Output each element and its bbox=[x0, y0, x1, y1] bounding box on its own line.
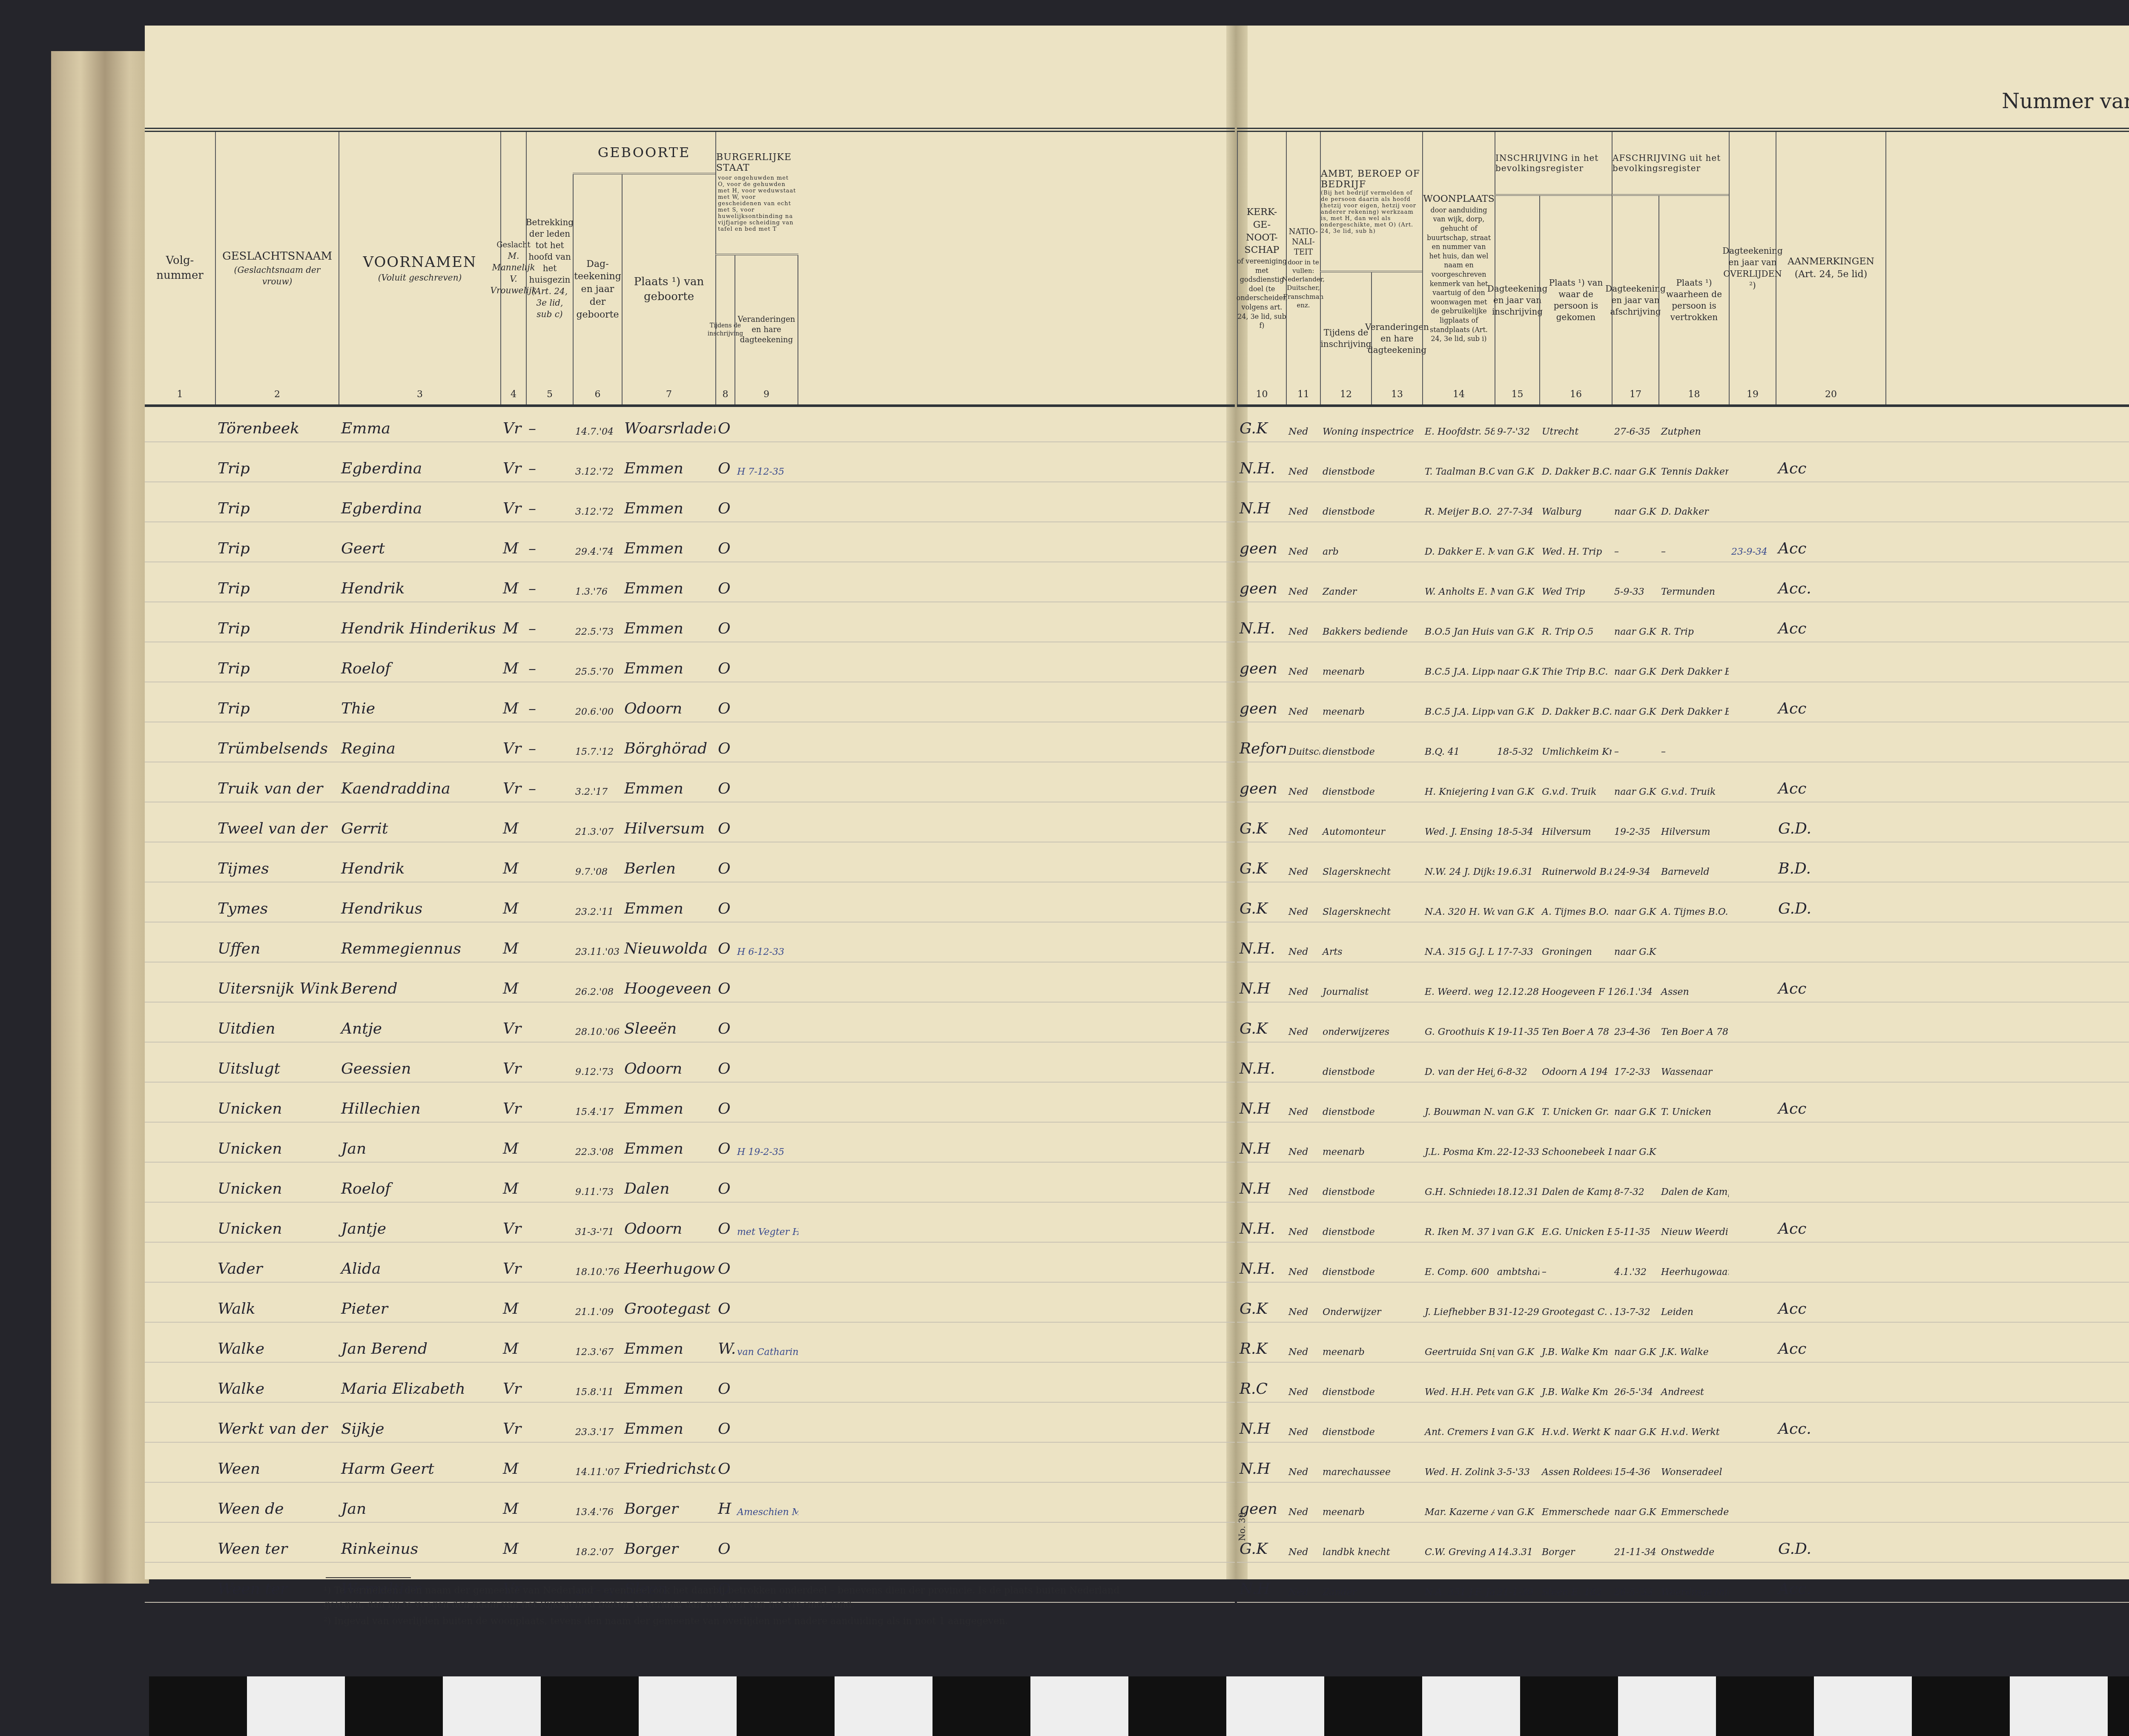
cell-note: B.D. bbox=[1776, 842, 1886, 882]
cell-occ: Slagersknecht bbox=[1320, 882, 1422, 922]
cell-place: Dalen bbox=[622, 1163, 715, 1202]
cell-place: Woarsrladen bbox=[622, 402, 715, 441]
cell-in-date: van G.K bbox=[1495, 1403, 1539, 1442]
footnote-rule bbox=[326, 1577, 411, 1578]
cell-given: Roelof bbox=[339, 1163, 500, 1202]
cell-civ: O bbox=[715, 1083, 735, 1122]
cell-civ: O bbox=[715, 1243, 735, 1282]
cell-death bbox=[1729, 402, 1776, 441]
cell-out-to: Barneveld bbox=[1658, 842, 1729, 882]
cell-rel bbox=[526, 1123, 573, 1162]
page-stack-edge bbox=[51, 51, 149, 1584]
cell-in-date: 22-12-33 bbox=[1495, 1123, 1539, 1162]
cell-civ-change bbox=[735, 602, 798, 642]
cell-church: N.H. bbox=[1237, 922, 1286, 962]
cell-born: 9.12.'73 bbox=[573, 1043, 622, 1082]
cell-surname: Törenbeek bbox=[215, 402, 339, 441]
cell-out-date: 17-2-33 bbox=[1612, 1043, 1658, 1082]
cell-given: Hendrik Hinderikus bbox=[339, 602, 500, 642]
header-afschrijving-plaats: Plaats ¹) waarheen de persoon is vertrok… bbox=[1658, 196, 1729, 404]
cell-civ: O bbox=[715, 922, 735, 962]
cell-given: Alida bbox=[339, 1243, 500, 1282]
cell-church: N.H bbox=[1237, 1123, 1286, 1162]
header-group-geboorte: GEBOORTE bbox=[573, 132, 715, 175]
cell-rel: – bbox=[526, 642, 573, 682]
footnote-1: ¹) Te vermelden: den naam der gemeente v… bbox=[324, 1584, 1133, 1612]
table-row: N.H.NeddienstbodeE. Comp. 600ambtshalve–… bbox=[1237, 1243, 2129, 1283]
cell-occ: dienstbode bbox=[1320, 1403, 1422, 1442]
cell-out-to: – bbox=[1658, 722, 1729, 762]
cell-death bbox=[1729, 963, 1776, 1002]
cell-born: 13.4.'76 bbox=[573, 1483, 622, 1522]
cell-civ: O bbox=[715, 1403, 735, 1442]
cell-born: 3.2.'17 bbox=[573, 762, 622, 802]
cell-in-date: 12.12.28 bbox=[1495, 963, 1539, 1002]
cell-given: Geessien bbox=[339, 1043, 500, 1082]
cell-in-date: 19.6.31 bbox=[1495, 842, 1539, 882]
cell-place: Emmen bbox=[622, 882, 715, 922]
cell-out-date: naar G.K bbox=[1612, 602, 1658, 642]
cell-death bbox=[1729, 682, 1776, 722]
cell-in-date: van G.K bbox=[1495, 602, 1539, 642]
cell-church: geen bbox=[1237, 562, 1286, 602]
cell-surname: Ween ter bbox=[215, 1563, 339, 1602]
header-ambt-tijdens: Tijdens de inschrijving12 bbox=[1320, 272, 1371, 404]
cell-surname: Uffen bbox=[215, 922, 339, 962]
cell-church: G.K bbox=[1237, 402, 1286, 441]
cell-sex: M bbox=[500, 642, 526, 682]
cell-in-date: van G.K bbox=[1495, 882, 1539, 922]
cell-death bbox=[1729, 802, 1776, 842]
cell-rel bbox=[526, 802, 573, 842]
table-row: TripThieM–20.6.'00OdoornO bbox=[145, 682, 1235, 722]
cell-born: 29.4.'74 bbox=[573, 522, 622, 561]
cell-place: Borger bbox=[622, 1523, 715, 1562]
cell-place: Emmen bbox=[622, 1403, 715, 1442]
cell-rel bbox=[526, 1163, 573, 1202]
cell-rel bbox=[526, 1523, 573, 1562]
cell-in-date: 18-5-32 bbox=[1495, 722, 1539, 762]
table-row: TripEgberdinaVr–3.12.'72EmmenOH 7-12-35 bbox=[145, 442, 1235, 482]
cell-out-date: 27-6-35 bbox=[1612, 402, 1658, 441]
cell-civ-change bbox=[735, 522, 798, 561]
cell-note bbox=[1776, 642, 1886, 682]
cell-out-date: naar G.K bbox=[1612, 1323, 1658, 1362]
cell-out-to: Wassenaar bbox=[1658, 1043, 1729, 1082]
cell-in-date: van G.K bbox=[1495, 562, 1539, 602]
cell-civ-change bbox=[735, 1043, 798, 1082]
cell-surname: Trip bbox=[215, 682, 339, 722]
cell-out-to: G.v.d. Truik bbox=[1658, 762, 1729, 802]
table-row: R.KNedmeenarbGeertruida Snijder Km. 190v… bbox=[1237, 1323, 2129, 1363]
table-row: N.HNeddienstbodeJ. Bouwman N.A. 334van G… bbox=[1237, 1083, 2129, 1123]
cell-sex: Vr bbox=[500, 1363, 526, 1402]
cell-out-to: Ten Boer A 78 bbox=[1658, 1003, 1729, 1042]
cell-occ: Arts bbox=[1320, 922, 1422, 962]
cell-out-date: naar G.K bbox=[1612, 642, 1658, 682]
cell-civ-change: H 19-2-35 bbox=[735, 1123, 798, 1162]
cell-occ: dienstbode bbox=[1320, 442, 1422, 481]
cell-in-date: 14.3.31 bbox=[1495, 1523, 1539, 1562]
cell-in-from: Emmerschede Vries bbox=[1539, 1483, 1612, 1522]
cell-sex: Vr bbox=[500, 1083, 526, 1122]
cell-sex: M bbox=[500, 602, 526, 642]
cell-civ-change bbox=[735, 1363, 798, 1402]
cell-church: G.K bbox=[1237, 1003, 1286, 1042]
cell-rel bbox=[526, 842, 573, 882]
cell-note: G.D. bbox=[1776, 1523, 1886, 1562]
cell-out-to: Derk Dakker B.C. 105 bbox=[1658, 682, 1729, 722]
table-row: UitdienAntjeVr28.10.'06SleeënO bbox=[145, 1003, 1235, 1043]
cell-note: Acc bbox=[1776, 963, 1886, 1002]
cell-civ: O bbox=[715, 1043, 735, 1082]
cell-rel: – bbox=[526, 482, 573, 521]
cell-surname: Unicken bbox=[215, 1123, 339, 1162]
cell-surname: Trip bbox=[215, 482, 339, 521]
table-row: Ween terRinkeinusM18.2.'07BorgerO bbox=[145, 1523, 1235, 1563]
cell-death bbox=[1729, 1523, 1776, 1562]
right-header: KERK-GE-NOOT-SCHAPof vereeniging met god… bbox=[1237, 128, 2129, 407]
cell-address: B.C.5 J.A. Lippold bbox=[1422, 682, 1495, 722]
cell-church: N.H bbox=[1237, 482, 1286, 521]
cell-out-to: Derk Dakker B.C. 105 bbox=[1658, 642, 1729, 682]
cell-sex: Vr bbox=[500, 1243, 526, 1282]
cell-out-date: naar G.K bbox=[1612, 482, 1658, 521]
cell-out-date: 5-11-35 bbox=[1612, 1203, 1658, 1242]
cell-place: Emmen bbox=[622, 602, 715, 642]
cell-church: G.K bbox=[1237, 842, 1286, 882]
cell-sex: M bbox=[500, 1523, 526, 1562]
cell-nat: Ned bbox=[1286, 1563, 1320, 1602]
cell-rel bbox=[526, 1243, 573, 1282]
cell-nat: Ned bbox=[1286, 1243, 1320, 1282]
cell-surname: Tweel van der bbox=[215, 802, 339, 842]
cell-in-date: van G.K bbox=[1495, 762, 1539, 802]
cell-out-date: naar G.K bbox=[1612, 882, 1658, 922]
cell-sex: Vr bbox=[500, 1203, 526, 1242]
cell-place: Nieuwolda bbox=[622, 922, 715, 962]
cell-sex: M bbox=[500, 802, 526, 842]
cell-church: Reformiert bbox=[1237, 722, 1286, 762]
table-row: geenNedmeenarbMar. Kazerne A.H. 112van G… bbox=[1237, 1483, 2129, 1523]
cell-civ: O bbox=[715, 802, 735, 842]
cell-surname: Unicken bbox=[215, 1203, 339, 1242]
cell-out-date: 4.1.'32 bbox=[1612, 1243, 1658, 1282]
cell-given: Thie bbox=[339, 682, 500, 722]
cell-in-from: R. Trip O.5 bbox=[1539, 602, 1612, 642]
cell-occ: landbk knecht bbox=[1320, 1523, 1422, 1562]
header-ambt-veranderingen: Veranderingen en hare dagteekening13 bbox=[1371, 272, 1422, 404]
cell-surname: Tijmes bbox=[215, 842, 339, 882]
cell-civ-change bbox=[735, 963, 798, 1002]
cell-occ: dienstbode bbox=[1320, 762, 1422, 802]
cell-civ-change bbox=[735, 722, 798, 762]
cell-civ-change bbox=[735, 762, 798, 802]
cell-place: Emmen bbox=[622, 562, 715, 602]
cell-surname: Walk bbox=[215, 1283, 339, 1322]
cell-civ: O bbox=[715, 1203, 735, 1242]
cell-in-date: 31-12-29 bbox=[1495, 1283, 1539, 1322]
cell-civ: O bbox=[715, 722, 735, 762]
cell-nat: Ned bbox=[1286, 1323, 1320, 1362]
cell-sex: M bbox=[500, 682, 526, 722]
cell-in-from: Dalen de Kamp 18 bbox=[1539, 1163, 1612, 1202]
cell-born: 14.11.'07 bbox=[573, 1443, 622, 1482]
cell-out-date: 26-5-'34 bbox=[1612, 1363, 1658, 1402]
cell-address: E. Comp. 600 bbox=[1422, 1243, 1495, 1282]
cell-out-to: Emmerschede Vries bbox=[1658, 1483, 1729, 1522]
cell-civ-change bbox=[735, 1403, 798, 1442]
cell-place: Emmen bbox=[622, 1363, 715, 1402]
cell-surname: Uitdien bbox=[215, 1003, 339, 1042]
cell-note bbox=[1776, 1163, 1886, 1202]
cell-born: 9.7.'08 bbox=[573, 842, 622, 882]
cell-note bbox=[1776, 482, 1886, 521]
cell-out-to: T. Unicken bbox=[1658, 1083, 1729, 1122]
cell-nat: Ned bbox=[1286, 1523, 1320, 1562]
cell-surname: Unicken bbox=[215, 1083, 339, 1122]
cell-in-from: Schoonebeek D.21 bbox=[1539, 1123, 1612, 1162]
header-group-burgerlijke-staat: BURGERLIJKE STAATvoor ongehuwden met O, … bbox=[715, 132, 798, 255]
cell-occ: dienstbode bbox=[1320, 1163, 1422, 1202]
cell-sex: Vr bbox=[500, 1043, 526, 1082]
cell-born: 28.10.'06 bbox=[573, 1003, 622, 1042]
cell-place: Emmen bbox=[622, 1323, 715, 1362]
table-row: WalkPieterM21.1.'09GrootegastO bbox=[145, 1283, 1235, 1323]
header-geboorte-plaats: Plaats ¹) van geboorte7 bbox=[622, 175, 715, 404]
cell-born: 3.12.'72 bbox=[573, 482, 622, 521]
cell-given: Egberdina bbox=[339, 442, 500, 481]
header-bs-veranderingen: Veranderingen en hare dagteekening9 bbox=[735, 255, 798, 404]
cell-address: N.A. 320 H. Walk bbox=[1422, 882, 1495, 922]
cell-nat: Ned bbox=[1286, 1443, 1320, 1482]
cell-occ: Automonteur bbox=[1320, 802, 1422, 842]
cell-death bbox=[1729, 722, 1776, 762]
cell-in-date: ambtshalve bbox=[1495, 1243, 1539, 1282]
cell-place: Emmen bbox=[622, 762, 715, 802]
cell-out-date: naar G.K bbox=[1612, 1123, 1658, 1162]
cell-death bbox=[1729, 1003, 1776, 1042]
cell-in-date: 19-11-35 bbox=[1495, 1003, 1539, 1042]
cell-address: W. Anholts E. Malenstr 2 bbox=[1422, 562, 1495, 602]
cell-given: Regina bbox=[339, 722, 500, 762]
cell-surname: Trip bbox=[215, 642, 339, 682]
cell-given: Antje bbox=[339, 1003, 500, 1042]
cell-note: Acc bbox=[1776, 1283, 1886, 1322]
table-row: Tweel van derGerritM21.3.'07HilversumO bbox=[145, 802, 1235, 842]
cell-rel bbox=[526, 1363, 573, 1402]
cell-given: Berend bbox=[339, 963, 500, 1002]
cell-death bbox=[1729, 1483, 1776, 1522]
cell-address: Wed. H.H. Peters Km. 97 bbox=[1422, 1363, 1495, 1402]
cell-nat: Ned bbox=[1286, 842, 1320, 882]
cell-rel: – bbox=[526, 722, 573, 762]
cell-out-date: 26-5-'33 bbox=[1612, 1563, 1658, 1602]
cell-born: 9.11.'73 bbox=[573, 1163, 622, 1202]
cell-note: Acc bbox=[1776, 682, 1886, 722]
cell-sex: Vr bbox=[500, 1403, 526, 1442]
cell-place: Sleeën bbox=[622, 1003, 715, 1042]
cell-surname: Ween ter bbox=[215, 1523, 339, 1562]
cell-in-date: 6-8-32 bbox=[1495, 1043, 1539, 1082]
cell-in-from: Hoogeveen F 198 bbox=[1539, 963, 1612, 1002]
cell-rel bbox=[526, 1483, 573, 1522]
cell-address: N.A. 351 J.F. Jansen bbox=[1422, 1563, 1495, 1602]
cell-address: Ant. Cremers E. Willemstr 5 bbox=[1422, 1403, 1495, 1442]
cell-civ-change: H 7-12-35 bbox=[735, 442, 798, 481]
cell-civ-change bbox=[735, 562, 798, 602]
cell-death bbox=[1729, 1403, 1776, 1442]
table-row: ReformiertDuitschedienstbodeB.Q. 4118-5-… bbox=[1237, 722, 2129, 762]
cell-in-date: 3-5-'33 bbox=[1495, 1443, 1539, 1482]
cell-in-date: van G.K bbox=[1495, 682, 1539, 722]
cell-in-date: 9-7-'32 bbox=[1495, 402, 1539, 441]
cell-surname: Vader bbox=[215, 1243, 339, 1282]
cell-address: J.L. Posma Km. 437 bbox=[1422, 1123, 1495, 1162]
cell-civ: O bbox=[715, 442, 735, 481]
cell-civ: O bbox=[715, 602, 735, 642]
cell-out-to: Weerdinge (nieuwe woning) bbox=[1658, 1563, 1729, 1602]
cell-in-from: Assen Roldeestr 117 bbox=[1539, 1443, 1612, 1482]
cell-nat: Ned bbox=[1286, 602, 1320, 642]
cell-address: E. Weerd. weg 46 bbox=[1422, 963, 1495, 1002]
cell-born: 14.7.'04 bbox=[573, 402, 622, 441]
cell-out-date: 23-4-36 bbox=[1612, 1003, 1658, 1042]
cell-place: Emmen bbox=[622, 1123, 715, 1162]
cell-nat: Ned bbox=[1286, 482, 1320, 521]
table-row: UffenRemmegiennusM23.11.'03NieuwoldaOH 6… bbox=[145, 922, 1235, 963]
cell-note: Acc bbox=[1776, 1323, 1886, 1362]
cell-sex: M bbox=[500, 842, 526, 882]
cell-place: Hoogeveen bbox=[622, 963, 715, 1002]
header-group-ambt: AMBT, BEROEP OF BEDRIJF(Bij het bedrijf … bbox=[1320, 132, 1422, 272]
cell-church: N.H bbox=[1237, 1403, 1286, 1442]
cell-in-from: Hilversum bbox=[1539, 802, 1612, 842]
table-row: VaderAlidaVr18.10.'76Heerhugowaard NHO bbox=[145, 1243, 1235, 1283]
cell-in-from: Ruinerwold B.87 bbox=[1539, 842, 1612, 882]
cell-surname: Walke bbox=[215, 1323, 339, 1362]
cell-out-to bbox=[1658, 922, 1729, 962]
cell-place: Borger bbox=[622, 1483, 715, 1522]
cell-rel bbox=[526, 1443, 573, 1482]
header-overlijden: Dagteekening en jaar van OVERLIJDEN ²)19 bbox=[1729, 132, 1776, 404]
cell-out-to: Zutphen bbox=[1658, 402, 1729, 441]
cell-death bbox=[1729, 1163, 1776, 1202]
cell-place: Heerhugowaard NH bbox=[622, 1243, 715, 1282]
cell-note: G.D. bbox=[1776, 882, 1886, 922]
table-row: UnickenHillechienVr15.4.'17EmmenO bbox=[145, 1083, 1235, 1123]
cell-in-date: 18-5-34 bbox=[1495, 802, 1539, 842]
cell-civ-change bbox=[735, 1523, 798, 1562]
cell-surname: Werkt van der bbox=[215, 1403, 339, 1442]
cell-nat: Ned bbox=[1286, 1163, 1320, 1202]
cell-surname: Trip bbox=[215, 522, 339, 561]
table-row: UitslugtGeessienVr9.12.'73OdoornO bbox=[145, 1043, 1235, 1083]
cell-civ: O bbox=[715, 1123, 735, 1162]
cell-out-to: Leiden bbox=[1658, 1283, 1729, 1322]
cell-surname: Unicken bbox=[215, 1163, 339, 1202]
cell-church: geen bbox=[1237, 682, 1286, 722]
cell-surname: Uitersnijk Winkel bbox=[215, 963, 339, 1002]
table-row: N.H.NeddienstbodeR. Iken M. 37 E. Weijde… bbox=[1237, 1203, 2129, 1243]
cell-given: Hendrik bbox=[339, 842, 500, 882]
cell-in-date: van G.K bbox=[1495, 522, 1539, 561]
cell-sex: M bbox=[500, 963, 526, 1002]
cell-church: R.K bbox=[1237, 1323, 1286, 1362]
cell-nat: Ned bbox=[1286, 562, 1320, 602]
table-row: Uitersnijk WinkelBerendM26.2.'08Hoogevee… bbox=[145, 963, 1235, 1003]
cell-church: N.H. bbox=[1237, 1203, 1286, 1242]
cell-civ: O bbox=[715, 762, 735, 802]
form-number: No. 39 bbox=[1237, 1513, 1247, 1541]
cell-church: N.H. bbox=[1237, 602, 1286, 642]
cell-civ-change: van Catharina Roop bbox=[735, 1323, 798, 1362]
cell-church: R.C bbox=[1237, 1363, 1286, 1402]
cell-note: Acc bbox=[1776, 762, 1886, 802]
cell-rel bbox=[526, 1003, 573, 1042]
table-row: Truik van derKaendraddinaVr–3.2.'17Emmen… bbox=[145, 762, 1235, 802]
table-row: Ween deJanM13.4.'76BorgerHAmeschien Midd… bbox=[145, 1483, 1235, 1523]
cell-in-date: 27-7-34 bbox=[1495, 482, 1539, 521]
cell-note: Acc bbox=[1776, 522, 1886, 561]
table-row: UnickenJanM22.3.'08EmmenOH 19-2-35 bbox=[145, 1123, 1235, 1163]
cell-born: 23.3.'17 bbox=[573, 1403, 622, 1442]
cell-church: N.H bbox=[1237, 1163, 1286, 1202]
cell-in-from: D. Dakker B.C. 105 bbox=[1539, 442, 1612, 481]
cell-out-to: Tennis Dakker bbox=[1658, 442, 1729, 481]
cell-note bbox=[1776, 1123, 1886, 1162]
cell-civ: W. bbox=[715, 1323, 735, 1362]
cell-born: 26.2.'08 bbox=[573, 963, 622, 1002]
cell-out-date: 24-9-34 bbox=[1612, 842, 1658, 882]
cell-given: Hendrik bbox=[339, 562, 500, 602]
cell-death bbox=[1729, 442, 1776, 481]
cell-born: 31-3-'71 bbox=[573, 1203, 622, 1242]
cell-rel: – bbox=[526, 522, 573, 561]
cell-in-from: Odoorn A 194 bbox=[1539, 1043, 1612, 1082]
cell-out-date: 13-7-32 bbox=[1612, 1283, 1658, 1322]
table-row: TrümbelsendsReginaVr–15.7.'12BörghöradO bbox=[145, 722, 1235, 762]
cell-address: Mar. Kazerne A.H. 112 bbox=[1422, 1483, 1495, 1522]
cell-in-from: Groningen bbox=[1539, 922, 1612, 962]
cell-in-date: van G.K bbox=[1495, 1083, 1539, 1122]
cell-rel bbox=[526, 882, 573, 922]
cell-in-from: Borger bbox=[1539, 1523, 1612, 1562]
cell-sex: M bbox=[500, 1483, 526, 1522]
cell-out-date: 8-7-32 bbox=[1612, 1163, 1658, 1202]
cell-civ-change bbox=[735, 1083, 798, 1122]
cell-church: G.K bbox=[1237, 1283, 1286, 1322]
cell-church: geen bbox=[1237, 522, 1286, 561]
cell-place: Odoorn bbox=[622, 682, 715, 722]
cell-given: Harm Geert bbox=[339, 1443, 500, 1482]
cell-born: 1.3.'76 bbox=[573, 562, 622, 602]
cell-death bbox=[1729, 1443, 1776, 1482]
cell-civ: O bbox=[715, 842, 735, 882]
cell-nat: Ned bbox=[1286, 1003, 1320, 1042]
cell-address: Geertruida Snijder Km. 190 bbox=[1422, 1323, 1495, 1362]
cell-born: 15.4.'17 bbox=[573, 1083, 622, 1122]
cell-out-to: A. Tijmes B.O. 530 bbox=[1658, 882, 1729, 922]
cell-sex: Vr bbox=[500, 482, 526, 521]
cell-address: B.C.5 J.A. Lippold bbox=[1422, 642, 1495, 682]
cell-given: Jan bbox=[339, 1483, 500, 1522]
cell-out-to: Heerhugowaard bbox=[1658, 1243, 1729, 1282]
left-header: Volg-nummer1 GESLACHTSNAAM(Geslachtsnaam… bbox=[145, 128, 1235, 407]
cell-church: geen bbox=[1237, 642, 1286, 682]
table-row: G.KNedlandbk knechtC.W. Greving An. 66 K… bbox=[1237, 1523, 2129, 1563]
cell-death bbox=[1729, 1083, 1776, 1122]
